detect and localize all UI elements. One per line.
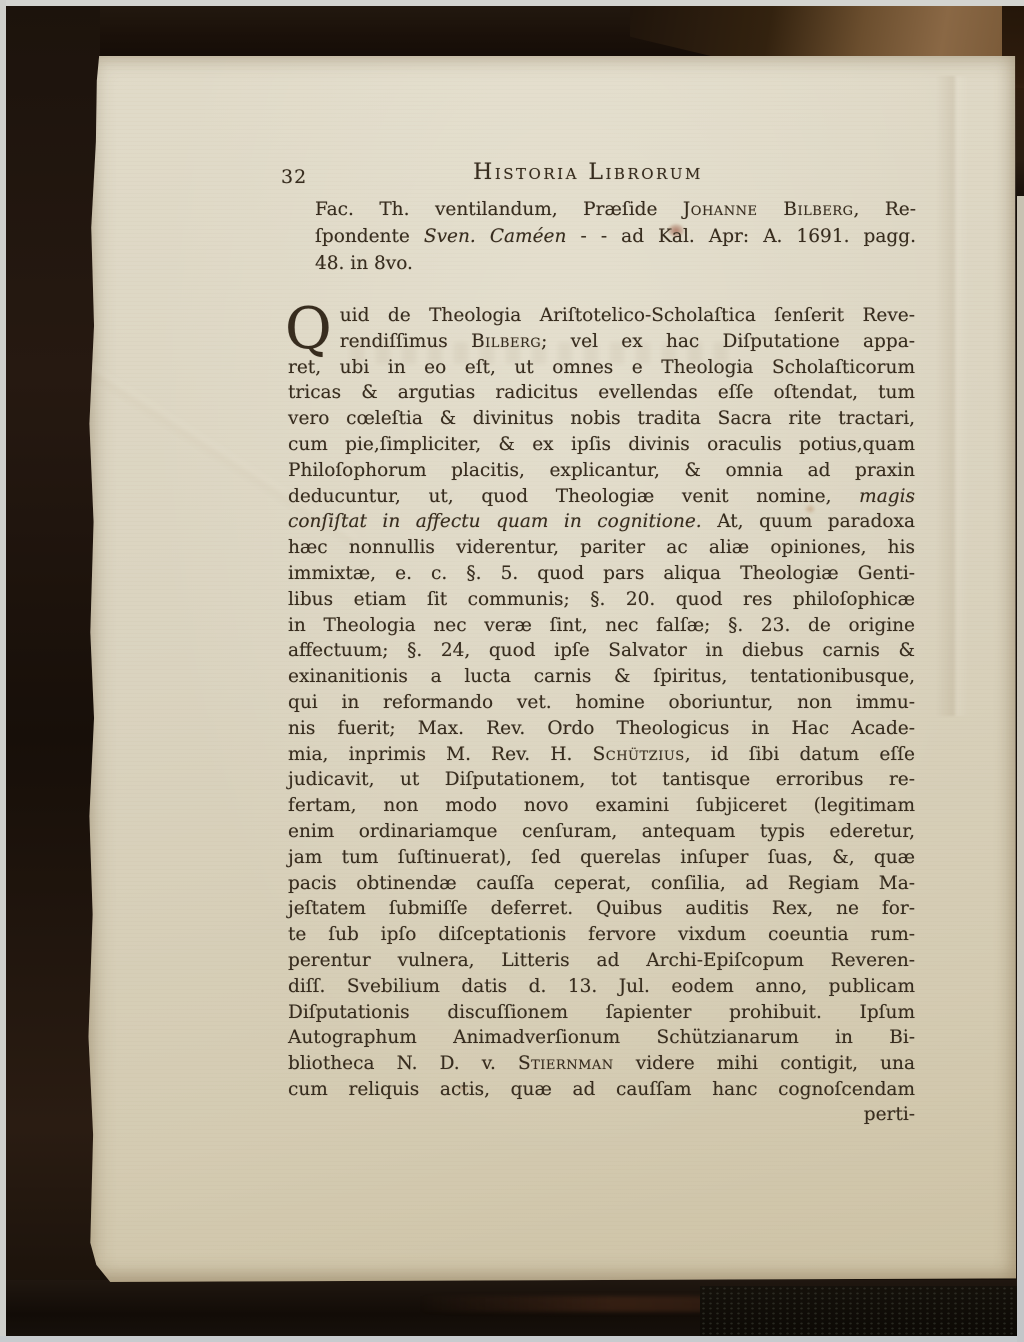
text-segment: deducuntur, ut, quod Theologiæ venit nom… [288,486,859,507]
text-segment: Autographum Animadverſionum Schützianaru… [288,1027,915,1048]
text-line: deducuntur, ut, quod Theologiæ venit nom… [288,484,915,510]
text-segment: judicavit, ut Diſputationem, tot tantisq… [288,769,915,790]
text-line: fertam, non modo novo examini ſubjiceret… [288,793,915,819]
text-line: Quid de Theologia Ariſtotelico-Scholaſti… [288,303,915,329]
scan-frame-left [0,0,6,1342]
text-line: tricas & argutias radicitus evellendas e… [288,380,915,406]
scan-frame-bottom [0,1336,1024,1342]
book-cover-texture [700,1286,1024,1336]
text-line: jeſtatem ſubmiſſe deferret. Quibus audit… [288,896,915,922]
citation-block: Fac. Th. ventilandum, Præſide Johanne Bi… [315,196,916,277]
text-line: jam tum ſuſtinuerat), ſed querelas inſup… [288,845,915,871]
text-segment: cum reliquis actis, quæ ad cauſſam hanc … [288,1079,915,1100]
text-segment: Schützius [593,744,685,765]
text-line: qui in reformando vet. homine oboriuntur… [288,690,915,716]
text-line: exinanitionis a lucta carnis & ſpiritus,… [288,664,915,690]
text-line: perentur vulnera, Litteris ad Archi-Epiſ… [288,948,915,974]
text-line: in Theologia nec veræ ſint, nec falſæ; §… [288,613,915,639]
text-segment: Johanne Bilberg [683,199,854,220]
text-segment: , Re- [854,199,917,220]
text-line: nis fuerit; Max. Rev. Ordo Theologicus i… [288,716,915,742]
text-segment: videre mihi contigit, una [614,1053,915,1074]
text-segment: in Theologia nec veræ ſint, nec falſæ; §… [288,615,915,636]
text-segment: libus etiam ſit communis; §. 20. quod re… [288,589,915,610]
text-segment: rendiſſimus [340,331,471,352]
text-line: mia, inprimis M. Rev. H. Schützius, id ſ… [288,742,915,768]
text-segment: Diſputationis discuſſionem ſapienter pro… [288,1002,915,1023]
catchword: perti- [288,1102,915,1128]
text-segment: immixtæ, e. c. §. 5. quod pars aliqua Th… [288,563,915,584]
text-segment: diſſ. Svebilium datis d. 13. Jul. eodem … [288,976,915,997]
text-line: Autographum Animadverſionum Schützianaru… [288,1025,915,1051]
text-segment: Fac. Th. ventilandum, Præſide [315,199,683,220]
text-segment: ; vel ex hac Diſputatione appa- [541,331,915,352]
text-segment: Bilberg [471,331,541,352]
text-line: bliotheca N. D. v. Stiernman videre mihi… [288,1051,915,1077]
text-segment: qui in reformando vet. homine oboriuntur… [288,692,915,713]
text-segment: fertam, non modo novo examini ſubjiceret… [288,795,915,816]
text-line: Fac. Th. ventilandum, Præſide Johanne Bi… [315,196,916,223]
text-line: Philoſophorum placitis, explicantur, & o… [288,458,915,484]
text-segment: cum pie,ſimpliciter, & ex ipſis divinis … [288,434,915,455]
text-segment: exinanitionis a lucta carnis & ſpiritus,… [288,666,915,687]
text-segment: uid de Theologia Ariſtotelico-Scholaſtic… [340,305,915,326]
text-segment: te ſub ipſo diſceptationis fervore vixdu… [288,924,915,945]
drop-cap-initial: Q [285,304,332,354]
text-segment: hæc nonnullis viderentur, pariter ac ali… [288,537,915,558]
text-line: rendiſſimus Bilberg; vel ex hac Diſputat… [288,329,915,355]
text-segment: jeſtatem ſubmiſſe deferret. Quibus audit… [288,898,915,919]
text-line: ſpondente Sven. Caméen - - ad Kal. Apr: … [315,223,916,250]
text-line: cum pie,ſimpliciter, & ex ipſis divinis … [288,432,915,458]
text-segment: conſiſtat in affectu quam in cognitione. [288,511,702,532]
text-segment: mia, inprimis M. Rev. H. [288,744,593,765]
scan-frame-top [0,0,1024,6]
book-scan-view: 32 Historia Librorum Fac. Th. ventilandu… [0,0,1024,1342]
scan-dark-band-left [0,0,100,1342]
text-segment: nis fuerit; Max. Rev. Ordo Theologicus i… [288,718,915,739]
text-segment: Philoſophorum placitis, explicantur, & o… [288,460,915,481]
text-line: enim ordinariamque cenſuram, antequam ty… [288,819,915,845]
text-line: diſſ. Svebilium datis d. 13. Jul. eodem … [288,974,915,1000]
text-line: Diſputationis discuſſionem ſapienter pro… [288,1000,915,1026]
text-line: vero cœleſtia & divinitus nobis tradita … [288,406,915,432]
text-segment: pacis obtinendæ cauſſa ceperat, conſilia… [288,873,915,894]
text-segment: 48. in 8vo. [315,253,413,274]
text-segment: jam tum ſuſtinuerat), ſed querelas inſup… [288,847,915,868]
text-segment: At, quum paradoxa [702,511,915,532]
text-segment: Stiernman [518,1053,614,1074]
text-segment: ſpondente [315,226,424,247]
text-segment: ret, ubi in eo eſt, ut omnes e Theologia… [288,357,915,378]
text-line: immixtæ, e. c. §. 5. quod pars aliqua Th… [288,561,915,587]
text-segment: perentur vulnera, Litteris ad Archi-Epiſ… [288,950,915,971]
text-segment: , id ſibi datum eſſe [685,744,915,765]
text-line: hæc nonnullis viderentur, pariter ac ali… [288,535,915,561]
text-line: libus etiam ſit communis; §. 20. quod re… [288,587,915,613]
paper-crease-vertical [936,76,970,716]
text-segment: tricas & argutias radicitus evellendas e… [288,382,915,403]
text-line: conſiſtat in affectu quam in cognitione.… [288,509,915,535]
text-line: te ſub ipſo diſceptationis fervore vixdu… [288,922,915,948]
text-segment: affectuum; §. 24, quod ipſe Salvator in … [288,640,915,661]
text-line: ret, ubi in eo eſt, ut omnes e Theologia… [288,355,915,381]
text-line: cum reliquis actis, quæ ad cauſſam hanc … [288,1077,915,1103]
text-line: pacis obtinendæ cauſſa ceperat, conſilia… [288,871,915,897]
text-line: 48. in 8vo. [315,250,916,277]
text-line: affectuum; §. 24, quod ipſe Salvator in … [288,638,915,664]
text-segment: vero cœleſtia & divinitus nobis tradita … [288,408,915,429]
body-block: Quid de Theologia Ariſtotelico-Scholaſti… [288,303,915,1103]
book-page: 32 Historia Librorum Fac. Th. ventilandu… [88,56,1016,1282]
running-title: Historia Librorum [278,160,898,185]
text-segment: bliotheca N. D. v. [288,1053,518,1074]
text-line: judicavit, ut Diſputationem, tot tantisq… [288,767,915,793]
text-segment: Sven. Caméen [424,226,567,247]
text-segment: magis [859,486,915,507]
scan-background: { "colors": { "paper": "#d9d2bd", "ink":… [0,0,1024,1342]
scan-frame-right [1017,196,1024,1342]
text-segment: - - ad Kal. Apr: A. 1691. pagg. [566,226,916,247]
text-segment: enim ordinariamque cenſuram, antequam ty… [288,821,915,842]
